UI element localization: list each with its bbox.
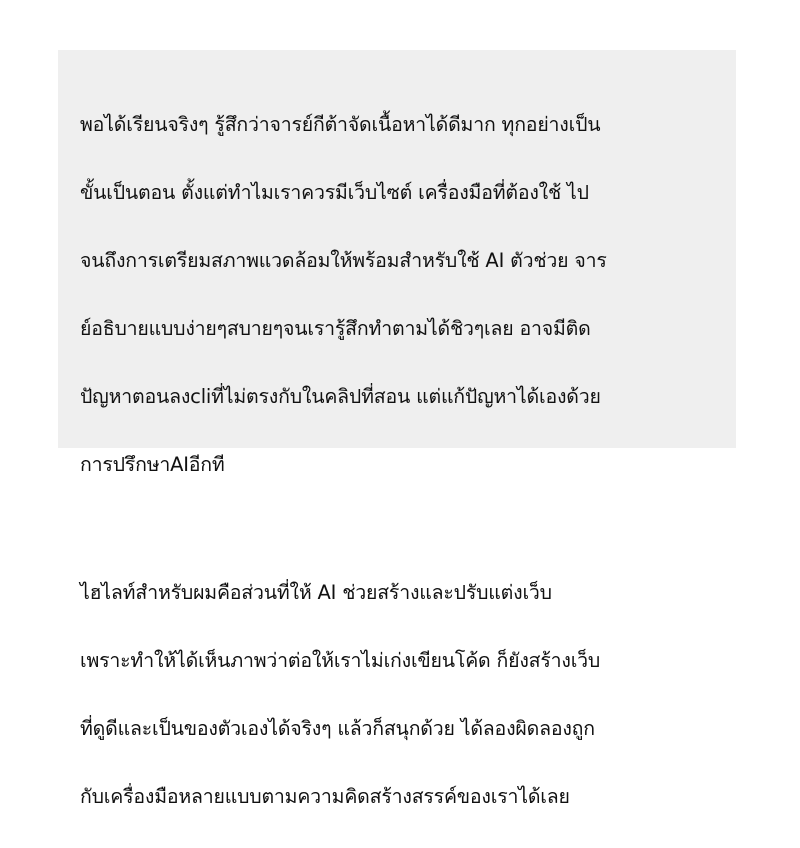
text-line: ขั้นเป็นตอน ตั้งแต่ทำไมเราควรมีเว็บไซต์ … [80,176,716,210]
review-paragraph-1: พอได้เรียนจริงๆ รู้สึกว่าจารย์กีต้าจัดเน… [80,74,716,500]
text-line: ย์อธิบายแบบง่ายๆสบายๆจนเรารู้สึกทำตามได้… [80,312,716,346]
text-line: จนถึงการเตรียมสภาพแวดล้อมให้พร้อมสำหรับใ… [80,244,716,278]
text-line: การปรึกษาAIอีกที [80,448,716,482]
text-line: พอได้เรียนจริงๆ รู้สึกว่าจารย์กีต้าจัดเน… [80,108,716,142]
text-line: ปัญหาตอนลงcliที่ไม่ตรงกับในคลิปที่สอน แต… [80,380,716,414]
review-text-card: พอได้เรียนจริงๆ รู้สึกว่าจารย์กีต้าจัดเน… [58,50,736,448]
